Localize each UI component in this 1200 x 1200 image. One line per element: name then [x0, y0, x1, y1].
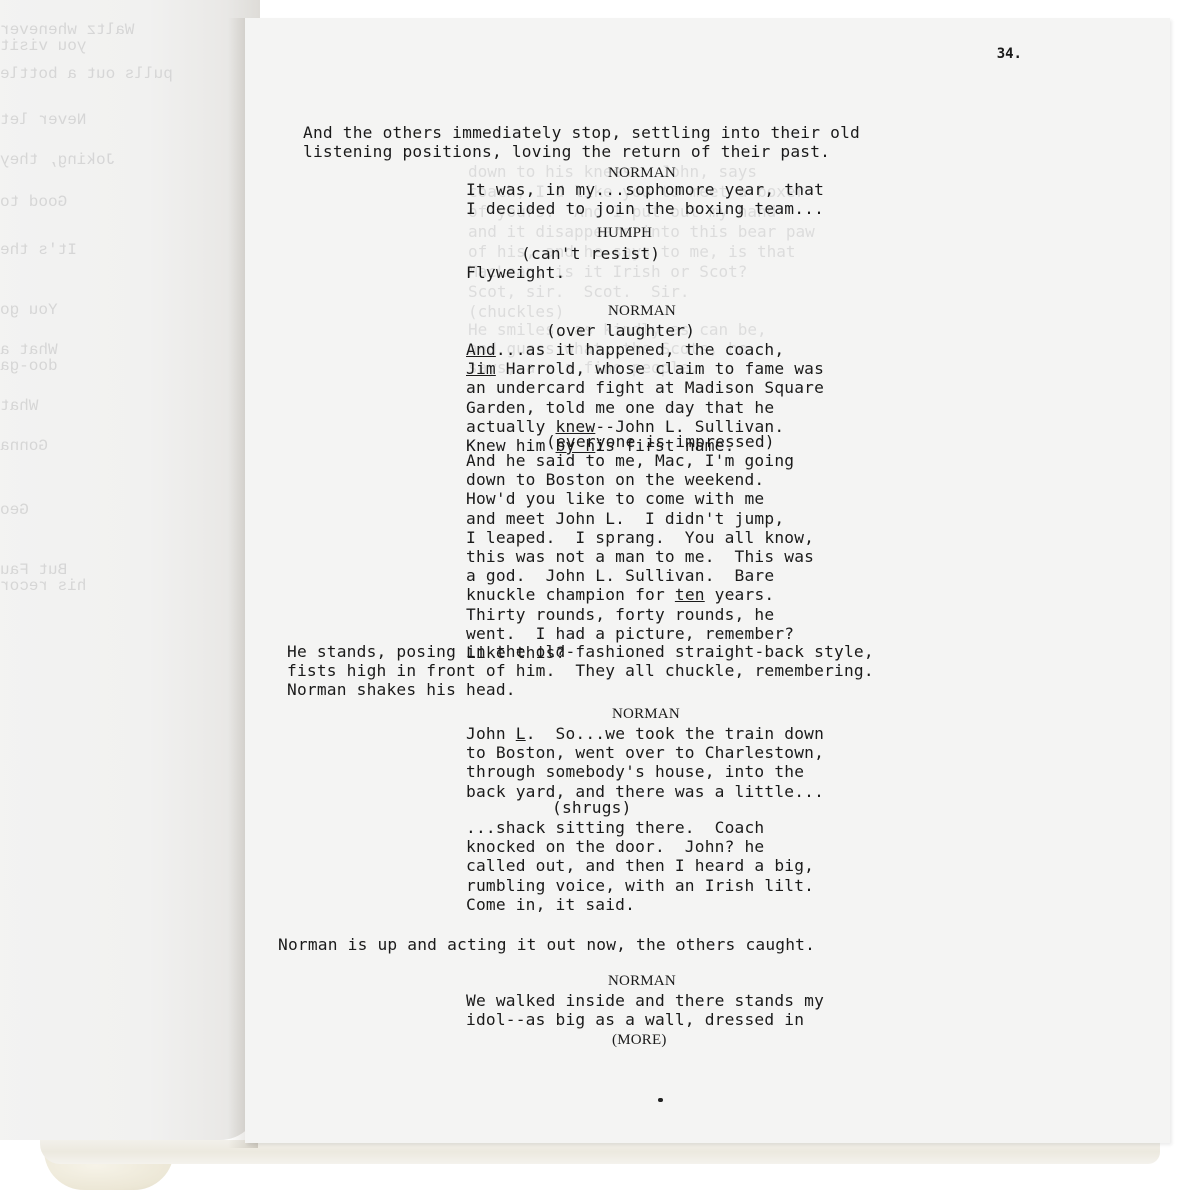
bleed-through-line: Joking, they [0, 150, 115, 170]
parenthetical: (over laughter) [546, 321, 695, 340]
action-line: Norman is up and acting it out now, the … [278, 935, 815, 954]
character-cue: NORMAN [608, 302, 676, 321]
previous-page-curled: Waltz wheneveryou visitpulls out a bottl… [0, 0, 260, 1140]
dialogue-line: an undercard fight at Madison Square [466, 378, 824, 397]
dialogue-line: called out, and then I heard a big, [466, 856, 814, 875]
bleed-through-left: Waltz wheneveryou visitpulls out a bottl… [0, 0, 240, 1000]
underlined-word: And [466, 340, 496, 359]
dialogue-line: and meet John L. I didn't jump, [466, 509, 784, 528]
sheet-stack-edge [40, 1140, 1160, 1164]
dialogue-line: knuckle champion for ten years. [466, 585, 774, 604]
dialogue-line: John L. So...we took the train down [466, 724, 824, 743]
dialogue-line: We walked inside and there stands my [466, 991, 824, 1010]
dialogue-line: It was, in my...sophomore year, that [466, 180, 824, 199]
action-line: He stands, posing in the old-fashioned s… [287, 642, 874, 661]
dialogue-line: idol--as big as a wall, dressed in [466, 1010, 804, 1029]
action-line: And the others immediately stop, settlin… [303, 123, 860, 142]
bleed-through-line: Good to [0, 192, 67, 212]
dialogue-line: went. I had a picture, remember? [466, 624, 794, 643]
dialogue-line: And...as it happened, the coach, [466, 340, 784, 359]
dialogue-line: back yard, and there was a little... [466, 782, 824, 801]
dialogue-line: Thirty rounds, forty rounds, he [466, 605, 774, 624]
dialogue-line: How'd you like to come with me [466, 489, 764, 508]
dialogue-line: I decided to join the boxing team... [466, 199, 824, 218]
dialogue-line: Come in, it said. [466, 895, 635, 914]
dialogue-line: knocked on the door. John? he [466, 837, 764, 856]
underlined-word: L [516, 724, 526, 743]
character-cue: NORMAN [612, 705, 680, 724]
parenthetical: (can't resist) [521, 244, 660, 263]
underlined-word: ten [675, 585, 705, 604]
bleed-through-line: Never let [0, 110, 86, 130]
ink-mark [658, 1098, 663, 1102]
character-cue: HUMPH [597, 224, 652, 243]
dialogue-line: Flyweight. [466, 263, 565, 282]
dialogue-line: And he said to me, Mac, I'm going [466, 451, 794, 470]
action-line: listening positions, loving the return o… [303, 142, 830, 161]
action-line: fists high in front of him. They all chu… [287, 661, 874, 680]
dialogue-line: ...shack sitting there. Coach [466, 818, 764, 837]
bleed-through-line: It's the [0, 240, 77, 260]
bleed-through-line: Geo [0, 500, 29, 520]
dialogue-line: this was not a man to me. This was [466, 547, 814, 566]
dialogue-line: rumbling voice, with an Irish lilt. [466, 876, 814, 895]
action-line: Norman shakes his head. [287, 680, 516, 699]
dialogue-line: I leaped. I sprang. You all know, [466, 528, 814, 547]
dialogue-line: a god. John L. Sullivan. Bare [466, 566, 774, 585]
bleed-through-line: his recor [0, 576, 86, 596]
bleed-through-line: What [0, 396, 38, 416]
page-number: 34. [997, 46, 1022, 62]
dialogue-line: down to Boston on the weekend. [466, 470, 764, 489]
script-page: 34. down to his knees. John, sayscoach, … [245, 18, 1170, 1143]
bleed-through-line: (chuckles) [468, 302, 564, 322]
bleed-through-line: You go [0, 300, 58, 320]
bleed-through-line: doo-ga [0, 356, 58, 376]
parenthetical: (everyone is impressed) [546, 432, 775, 451]
dialogue-line: to Boston, went over to Charlestown, [466, 743, 824, 762]
dialogue-line: through somebody's house, into the [466, 762, 804, 781]
bleed-through-line: Scot, sir. Scot. Sir. [468, 282, 690, 302]
character-cue: NORMAN [608, 972, 676, 991]
more-marker: (MORE) [612, 1031, 667, 1050]
bleed-through-line: Gonna [0, 436, 48, 456]
parenthetical: (shrugs) [552, 798, 632, 817]
bleed-through-line: you visit [0, 36, 86, 56]
underlined-word: Jim [466, 359, 496, 378]
dialogue-line: Jim Harrold, whose claim to fame was [466, 359, 824, 378]
bleed-through-line: pulls out a bottle [0, 64, 173, 84]
dialogue-line: Garden, told me one day that he [466, 398, 774, 417]
